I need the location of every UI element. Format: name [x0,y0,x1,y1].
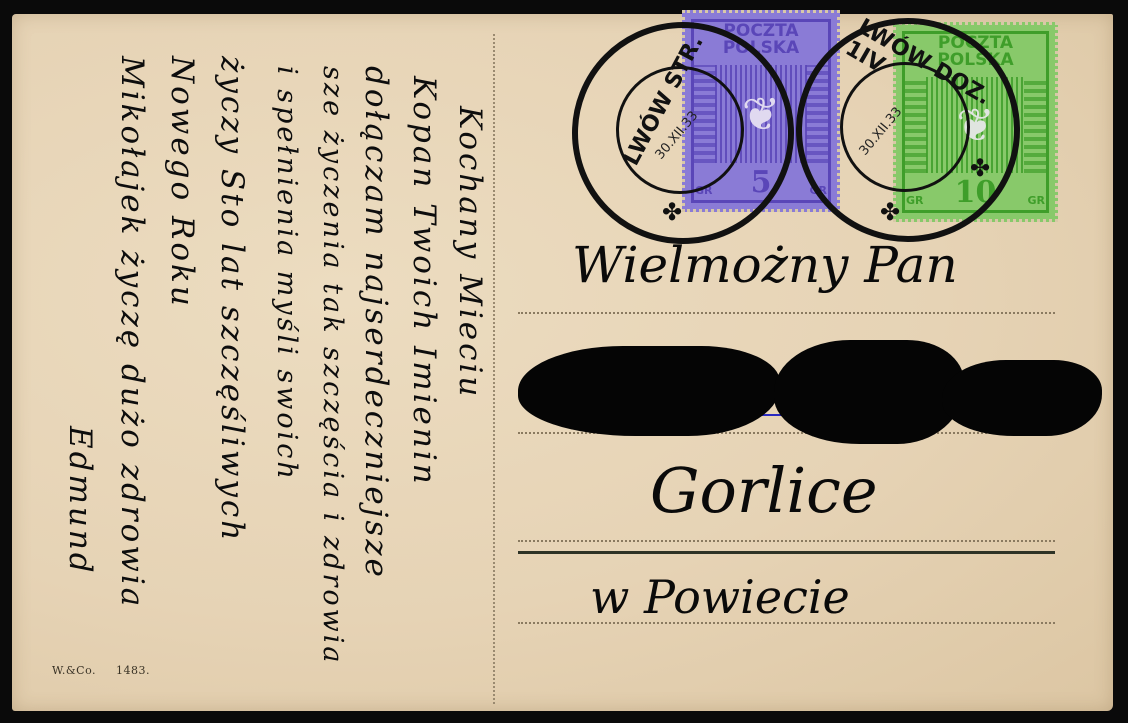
postmark-star-icon: ✤ [970,154,990,182]
message-line: życzy Sto lat szczęśliwych [214,56,250,543]
message-line: Kopan Twoich Imienin [406,76,442,487]
message-line: Kochany Mieciu [452,106,488,399]
message-signature: Edmund [62,426,98,576]
address-recipient: Wielmożny Pan [572,236,958,294]
message-line: sze życzenia tak szczęścia i zdrowia [317,66,348,665]
address-solid-line [518,551,1055,554]
address-district: w Powiecie [590,570,850,624]
card-number: 1483. [116,664,150,677]
printer-logo: W.&Co. [52,664,96,677]
postmark-star-icon: ✤ [880,198,900,226]
printer-mark: W.&Co.1483. [52,664,150,677]
address-city: Gorlice [650,454,878,527]
message-line: Nowego Roku [164,56,200,309]
handwritten-message: Kochany Mieciu Kopan Twoich Imienin dołą… [30,46,490,706]
postmark-star-icon: ✤ [662,198,682,226]
message-line: i spełnienia myśli swoich [271,66,302,482]
postmark-lwow-str: LWÓW STR. 30.XII.33 ✤ [572,22,794,244]
address-line-3 [518,540,1055,542]
postmark-lwow-doz: LWÓW DOZ. 1IV 30.XII.33 ✤ ✤ [796,18,1020,242]
message-line: dołączam najserdeczniejsze [358,66,394,580]
redaction-blot [942,360,1102,436]
message-line: Mikołajek życzę dużo zdrowia [114,56,150,609]
address-line-1 [518,312,1055,314]
redaction-blot [518,346,780,436]
divider-line [493,34,495,704]
redaction-blot [774,340,964,444]
